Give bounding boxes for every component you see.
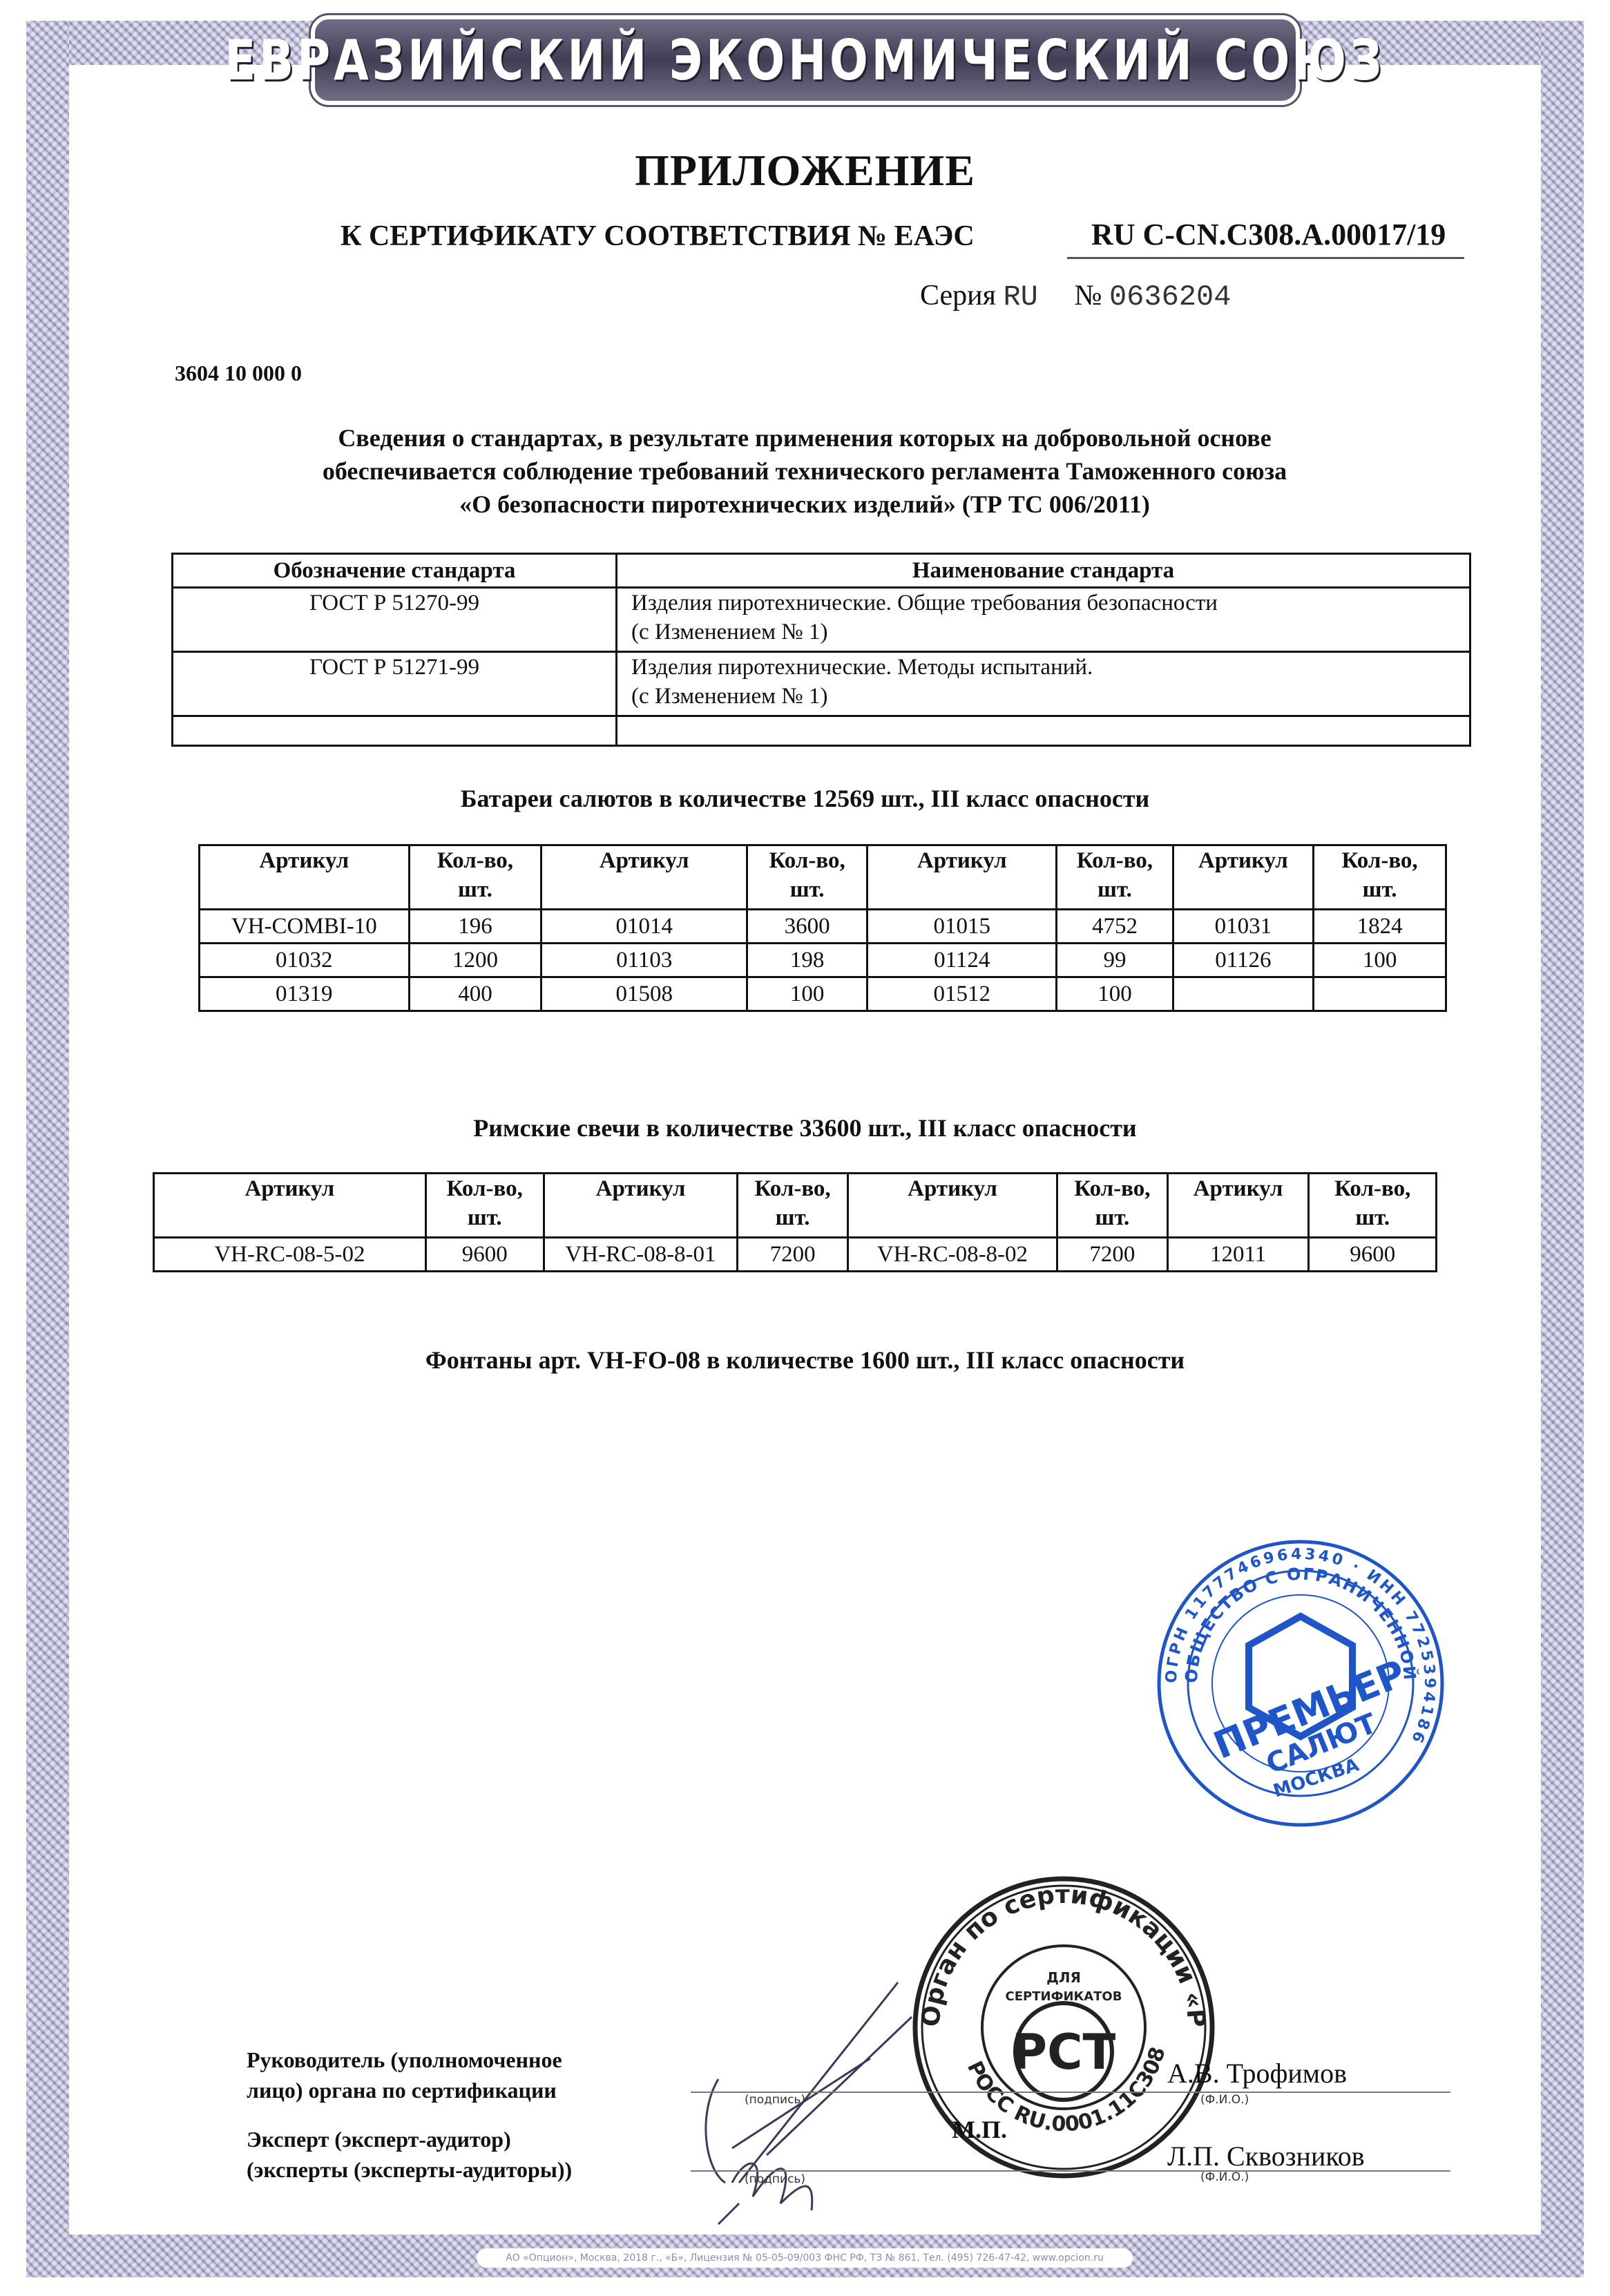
article-cell: 01319 [200,977,410,1011]
quantity-cell: 7200 [738,1238,848,1272]
header-article: Артикул [154,1174,426,1238]
quantity-cell: 99 [1057,944,1173,977]
article-cell: 01014 [542,910,747,944]
header-quantity-line-2: шт. [1314,875,1445,904]
table-row: VH-RC-08-5-029600VH-RC-08-8-017200VH-RC-… [154,1238,1437,1272]
table-row: 01032120001103198011249901126100 [200,944,1446,977]
article-cell: VH-RC-08-8-02 [847,1238,1057,1272]
article-cell: 01124 [868,944,1057,977]
header-quantity-line-1: Кол-во, [1057,846,1171,875]
header-article: Артикул [847,1174,1057,1238]
standard-name-line: Изделия пиротехнические. Методы испытани… [631,653,1469,682]
standard-code: ГОСТ Р 51270-99 [173,588,617,652]
header-article: Артикул [1167,1174,1309,1238]
article-cell: 01126 [1173,944,1314,977]
batteries-title: Батареи салютов в количестве 12569 шт., … [0,784,1610,813]
series-label: Серия [920,280,996,312]
quantity-cell: 100 [1314,944,1446,977]
stamp-place-mark: М.П. [952,2115,1007,2144]
header-article: Артикул [1173,845,1314,910]
union-banner-text: ЕВРАЗИЙСКИЙ ЭКОНОМИЧЕСКИЙ СОЮЗ [225,28,1386,93]
quantity-cell: 1200 [409,944,542,977]
standard-code: ГОСТ Р 51271-99 [173,652,617,716]
header-quantity-line-1: Кол-во, [738,1174,847,1203]
quantity-cell: 100 [747,977,868,1011]
guilloche-frame-left [26,21,69,2277]
quantity-cell: 196 [409,910,542,944]
batteries-table: АртикулКол-во,шт.АртикулКол-во,шт.Артику… [198,844,1447,1012]
head-label-line-2: лицо) органа по сертификации [247,2075,562,2105]
head-label: Руководитель (уполномоченное лицо) орган… [247,2045,562,2105]
table-row-empty [173,716,1470,746]
roman-candles-title: Римские свечи в количестве 33600 шт., II… [0,1113,1610,1142]
header-quantity-line-2: шт. [1058,1203,1167,1232]
standard-amendment: (с Изменением № 1) [631,618,1469,647]
intro-line-3: «О безопасности пиротехнических изделий»… [138,488,1471,521]
table-header-row: Обозначение стандарта Наименование станд… [173,554,1470,588]
header-quantity-line-1: Кол-во, [427,1174,543,1203]
certificate-prefix: К СЕРТИФИКАТУ СООТВЕТСТВИЯ № ЕАЭС [341,220,975,253]
head-label-line-1: Руководитель (уполномоченное [247,2045,562,2075]
quantity-cell: 9600 [1309,1238,1437,1272]
number-label: № [1074,280,1102,312]
quantity-cell: 1824 [1314,910,1446,944]
header-quantity: Кол-во,шт. [1314,845,1446,910]
header-quantity: Кол-во,шт. [1057,845,1173,910]
quantity-cell: 9600 [425,1238,544,1272]
header-quantity: Кол-во,шт. [425,1174,544,1238]
expert-name: Л.П. Сквозников [1167,2140,1365,2172]
union-banner: ЕВРАЗИЙСКИЙ ЭКОНОМИЧЕСКИЙ СОЮЗ [311,15,1300,105]
quantity-cell: 400 [409,977,542,1011]
head-fio-caption: (Ф.И.О.) [1200,2093,1249,2107]
guilloche-frame-right [1541,21,1584,2277]
article-cell: 01031 [1173,910,1314,944]
article-cell: VH-COMBI-10 [200,910,410,944]
table-row: ГОСТ Р 51270-99 Изделия пиротехнические.… [173,588,1470,652]
form-number: 0636204 [1109,280,1231,314]
head-signature-caption: (подпись) [745,2093,805,2107]
article-cell: 01015 [868,910,1057,944]
header-quantity-line-2: шт. [1310,1203,1435,1232]
standards-table: Обозначение стандарта Наименование станд… [171,553,1471,747]
series-line: Серия RU № 0636204 [920,279,1231,314]
header-quantity-line-2: шт. [427,1203,543,1232]
company-stamp: ОГРН 1177746964340 · ИНН 7725394186 ОБЩЕ… [1152,1535,1449,1832]
header-quantity: Кол-во,шт. [409,845,542,910]
table-row: 013194000150810001512100 [200,977,1446,1011]
header-quantity: Кол-во,шт. [1057,1174,1168,1238]
table-row: VH-COMBI-1019601014360001015475201031182… [200,910,1446,944]
certificate-number: RU C-CN.C308.A.00017/19 [1091,217,1446,252]
quantity-cell: 7200 [1057,1238,1168,1272]
tnved-code: 3604 10 000 0 [175,361,302,386]
page-title: ПРИЛОЖЕНИЕ [0,145,1610,196]
expert-fio-caption: (Ф.И.О.) [1200,2170,1249,2184]
quantity-cell: 3600 [747,910,868,944]
header-quantity-line-1: Кол-во, [1314,846,1445,875]
head-name: А.В. Трофимов [1167,2057,1347,2089]
article-cell [1173,977,1314,1011]
article-cell: 01103 [542,944,747,977]
table-row: ГОСТ Р 51271-99 Изделия пиротехнические.… [173,652,1470,716]
standard-amendment: (с Изменением № 1) [631,682,1469,711]
header-quantity-line-1: Кол-во, [1058,1174,1167,1203]
standard-name [617,716,1470,746]
signature-scribble-icon [691,1975,919,2238]
header-quantity: Кол-во,шт. [747,845,868,910]
header-quantity-line-1: Кол-во, [748,846,866,875]
standard-name-line: Изделия пиротехнические. Общие требовани… [631,589,1469,618]
header-quantity: Кол-во,шт. [1309,1174,1437,1238]
article-cell: 12011 [1167,1238,1309,1272]
quantity-cell: 100 [1057,977,1173,1011]
cert-stamp-inner-top: ДЛЯ [1046,1969,1081,1986]
certificate-number-underline [1067,257,1464,259]
expert-signature-caption: (подпись) [745,2172,805,2186]
quantity-cell: 198 [747,944,868,977]
header-quantity-line-1: Кол-во, [1310,1174,1435,1203]
article-cell: 01512 [868,977,1057,1011]
series-value: RU [1003,280,1037,314]
expert-label-line-2: (эксперты (эксперты-аудиторы)) [247,2154,572,2185]
rst-logo-icon: РСТ [1012,2024,1116,2080]
expert-label: Эксперт (эксперт-аудитор) (эксперты (экс… [247,2124,572,2185]
header-article: Артикул [868,845,1057,910]
header-standard-code: Обозначение стандарта [173,554,617,588]
quantity-cell [1314,977,1446,1011]
cert-stamp-inner-mid: СЕРТИФИКАТОВ [1006,1989,1122,2004]
header-quantity-line-2: шт. [748,875,866,904]
standard-code [173,716,617,746]
roman-candles-table: АртикулКол-во,шт.АртикулКол-во,шт.Артику… [153,1172,1437,1272]
table-header-row: АртикулКол-во,шт.АртикулКол-во,шт.Артику… [200,845,1446,910]
header-standard-name: Наименование стандарта [617,554,1470,588]
header-article: Артикул [544,1174,738,1238]
fountains-title: Фонтаны арт. VH-FO-08 в количестве 1600 … [0,1346,1610,1375]
table-header-row: АртикулКол-во,шт.АртикулКол-во,шт.Артику… [154,1174,1437,1238]
standard-name: Изделия пиротехнические. Общие требовани… [617,588,1470,652]
article-cell: 01032 [200,944,410,977]
header-quantity-line-2: шт. [410,875,541,904]
quantity-cell: 4752 [1057,910,1173,944]
article-cell: VH-RC-08-5-02 [154,1238,426,1272]
intro-line-1: Сведения о стандартах, в результате прим… [138,421,1471,455]
header-article: Артикул [542,845,747,910]
header-quantity-line-1: Кол-во, [410,846,541,875]
print-info: АО «Опцион», Москва, 2018 г., «Б», Лицен… [477,2248,1133,2268]
article-cell: 01508 [542,977,747,1011]
intro-line-2: обеспечивается соблюдение требований тех… [138,455,1471,488]
header-quantity-line-2: шт. [1057,875,1171,904]
article-cell: VH-RC-08-8-01 [544,1238,738,1272]
expert-label-line-1: Эксперт (эксперт-аудитор) [247,2124,572,2154]
header-article: Артикул [200,845,410,910]
standard-name: Изделия пиротехнические. Методы испытани… [617,652,1470,716]
header-quantity-line-2: шт. [738,1203,847,1232]
header-quantity: Кол-во,шт. [738,1174,848,1238]
standards-intro: Сведения о стандартах, в результате прим… [138,421,1471,521]
